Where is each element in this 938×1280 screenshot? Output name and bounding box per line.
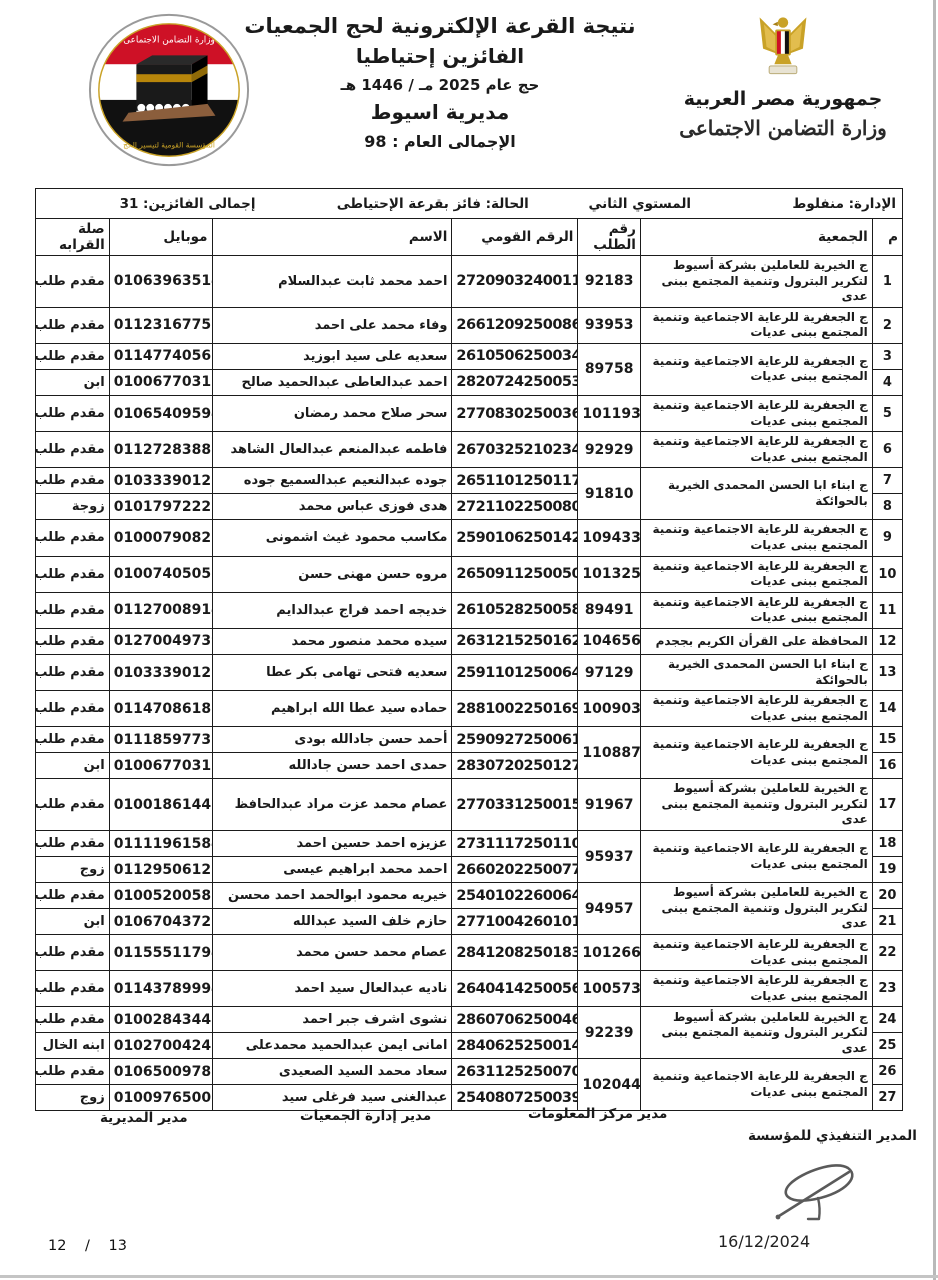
cell-national-id: 27710042601011: [452, 909, 578, 935]
cell-name: نشوى اشرف جبر احمد: [212, 1007, 452, 1033]
cell-association: ج الجعفرية للرعاية الاجتماعية وتنمية الم…: [640, 727, 872, 779]
cell-row-number: 15: [872, 727, 902, 753]
cell-mobile: 01270049739: [109, 628, 212, 654]
document-page: جمهورية مصر العربية وزارة التضامن الاجتم…: [0, 0, 938, 1280]
cell-national-id: 27311172501106: [452, 831, 578, 857]
cell-row-number: 8: [872, 494, 902, 520]
cell-name: حمدى احمد حسن جادالله: [212, 753, 452, 779]
cell-national-id: 25911012500642: [452, 654, 578, 690]
table-header-row: م الجمعية رقم الطلب الرقم القومي الاسم م…: [36, 219, 903, 256]
header-mobile: موبايل: [109, 219, 212, 256]
cell-national-id: 26312152501625: [452, 628, 578, 654]
table-row: 20ج الخيرية للعاملين بشركة أسيوط لتكرير …: [36, 883, 903, 909]
cell-relation: مقدم طلب: [36, 971, 110, 1007]
cell-national-id: 27209032400114: [452, 256, 578, 308]
cell-mobile: 01127283887: [109, 432, 212, 468]
cell-request-number: 92183: [578, 256, 641, 308]
cell-association: ج الجعفرية للرعاية الاجتماعية وتنمية الم…: [640, 520, 872, 556]
cell-request-number: 94957: [578, 883, 641, 935]
results-table-body: الإدارة: منفلوط المستوي الثاني الحالة: ف…: [36, 189, 903, 1111]
cell-relation: مقدم طلب: [36, 1007, 110, 1033]
cell-request-number: 100573: [578, 971, 641, 1007]
table-row: 15ج الجعفرية للرعاية الاجتماعية وتنمية ا…: [36, 727, 903, 753]
cell-mobile: 01000790825: [109, 520, 212, 556]
cell-request-number: 100903: [578, 691, 641, 727]
cell-row-number: 10: [872, 556, 902, 592]
cell-national-id: 28207242500538: [452, 369, 578, 395]
cell-relation: مقدم طلب: [36, 628, 110, 654]
signature-label-information-center-manager: مدير مركز المعلومات: [528, 1106, 667, 1122]
cell-relation: ابن: [36, 369, 110, 395]
info-bar-row: الإدارة: منفلوط المستوي الثاني الحالة: ف…: [36, 189, 903, 219]
document-title: نتيجة القرعة الإلكترونية لحج الجمعيات ال…: [240, 14, 640, 151]
cell-association: ج الجعفرية للرعاية الاجتماعية وتنمية الم…: [640, 395, 872, 431]
cell-mobile: 01143789994: [109, 971, 212, 1007]
cell-association: ج الجعفرية للرعاية الاجتماعية وتنمية الم…: [640, 971, 872, 1007]
cell-national-id: 26311252500701: [452, 1059, 578, 1085]
cell-association: المحافظة على القرأن الكريم بججدم: [640, 628, 872, 654]
cell-row-number: 17: [872, 779, 902, 831]
cell-mobile: 01027004242: [109, 1033, 212, 1059]
cell-association: ج الجعفرية للرعاية الاجتماعية وتنمية الم…: [640, 432, 872, 468]
cell-request-number: 109433: [578, 520, 641, 556]
cell-request-number: 95937: [578, 831, 641, 883]
cell-relation: مقدم طلب: [36, 256, 110, 308]
cell-mobile: 01033390121: [109, 468, 212, 494]
cell-name: سعديه على سيد ابوزيد: [212, 343, 452, 369]
cell-mobile: 01129506126: [109, 857, 212, 883]
cell-mobile: 01118597732: [109, 727, 212, 753]
cell-request-number: 92239: [578, 1007, 641, 1059]
cell-relation: مقدم طلب: [36, 691, 110, 727]
cell-mobile: 01009765006: [109, 1085, 212, 1111]
cell-relation: مقدم طلب: [36, 727, 110, 753]
cell-name: احمد عبدالعاطى عبدالحميد صالح: [212, 369, 452, 395]
results-table-wrapper: الإدارة: منفلوط المستوي الثاني الحالة: ف…: [35, 188, 903, 1111]
cell-name: وفاء محمد على احمد: [212, 307, 452, 343]
cell-national-id: 26602022500773: [452, 857, 578, 883]
cell-row-number: 2: [872, 307, 902, 343]
cell-name: مكاسب محمود غيث اشمونى: [212, 520, 452, 556]
cell-row-number: 13: [872, 654, 902, 690]
cell-association: ج الجعفرية للرعاية الاجتماعية وتنمية الم…: [640, 1059, 872, 1111]
cell-relation: مقدم طلب: [36, 520, 110, 556]
cell-row-number: 7: [872, 468, 902, 494]
cell-request-number: 89758: [578, 343, 641, 395]
cell-national-id: 28607062500465: [452, 1007, 578, 1033]
cell-national-id: 27211022500808: [452, 494, 578, 520]
executive-signature: [752, 1152, 862, 1236]
table-row: 22ج الجعفرية للرعاية الاجتماعية وتنمية ا…: [36, 935, 903, 971]
cell-relation: مقدم طلب: [36, 307, 110, 343]
cell-name: عصام محمد عزت مراد عبدالحافظ: [212, 779, 452, 831]
cell-request-number: 102044: [578, 1059, 641, 1111]
cell-name: حازم خلف السيد عبدالله: [212, 909, 452, 935]
cell-relation: زوج: [36, 857, 110, 883]
cell-national-id: 26509112500501: [452, 556, 578, 592]
cell-mobile: 01127008914: [109, 592, 212, 628]
cell-relation: مقدم طلب: [36, 432, 110, 468]
cell-relation: مقدم طلب: [36, 468, 110, 494]
signature-icon: [752, 1152, 862, 1232]
header-name: الاسم: [212, 219, 452, 256]
table-row: 26ج الجعفرية للرعاية الاجتماعية وتنمية ا…: [36, 1059, 903, 1085]
cell-relation: مقدم طلب: [36, 779, 110, 831]
header-relation: صلة القرابه: [36, 219, 110, 256]
title-line-3: حج عام 2025 مـ / 1446 هـ: [240, 76, 640, 94]
cell-mobile: 01065009782: [109, 1059, 212, 1085]
cell-name: احمد محمد ابراهيم عيسى: [212, 857, 452, 883]
header-request-no: رقم الطلب: [578, 219, 641, 256]
signature-label-executive-director: المدير التنفيذي للمؤسسة: [748, 1128, 917, 1144]
ministry-name-calligraphy: وزارة التضامن الاجتماعى: [668, 116, 898, 140]
cell-national-id: 25909272500617: [452, 727, 578, 753]
cell-national-id: 26105282500587: [452, 592, 578, 628]
cell-national-id: 28406252500148: [452, 1033, 578, 1059]
cell-request-number: 110887: [578, 727, 641, 779]
cell-request-number: 91967: [578, 779, 641, 831]
cell-row-number: 1: [872, 256, 902, 308]
cell-national-id: 27708302500368: [452, 395, 578, 431]
title-line-1: نتيجة القرعة الإلكترونية لحج الجمعيات: [240, 14, 640, 38]
cell-association: ج ابناء ابا الحسن المحمدى الخيرية بالحوا…: [640, 654, 872, 690]
cell-relation: مقدم طلب: [36, 395, 110, 431]
table-row: 2ج الجعفرية للرعاية الاجتماعية وتنمية ال…: [36, 307, 903, 343]
government-header: جمهورية مصر العربية وزارة التضامن الاجتم…: [668, 6, 898, 140]
cell-relation: مقدم طلب: [36, 831, 110, 857]
scan-edge-bottom: [0, 1275, 938, 1278]
cell-mobile: 01006770312: [109, 369, 212, 395]
table-row: 12المحافظة على القرأن الكريم بججدم104656…: [36, 628, 903, 654]
cell-national-id: 27703312500151: [452, 779, 578, 831]
table-row: 5ج الجعفرية للرعاية الاجتماعية وتنمية ال…: [36, 395, 903, 431]
cell-association: ج الجعفرية للرعاية الاجتماعية وتنمية الم…: [640, 831, 872, 883]
info-level: المستوي الثاني: [529, 196, 691, 212]
table-row: 14ج الجعفرية للرعاية الاجتماعية وتنمية ا…: [36, 691, 903, 727]
info-administration: الإدارة: منفلوط: [691, 196, 896, 212]
hajj-foundation-logo: وزارة التضامن الاجتماعى المؤسسة القومية …: [85, 12, 253, 172]
header-no: م: [872, 219, 902, 256]
cell-name: حماده سيد عطا الله ابراهيم: [212, 691, 452, 727]
cell-request-number: 89491: [578, 592, 641, 628]
cell-request-number: 97129: [578, 654, 641, 690]
cell-request-number: 101193: [578, 395, 641, 431]
info-bar: الإدارة: منفلوط المستوي الثاني الحالة: ف…: [42, 196, 896, 212]
cell-name: عصام محمد حسن محمد: [212, 935, 452, 971]
cell-name: سحر صلاح محمد رمضان: [212, 395, 452, 431]
cell-name: سعاد محمد السيد الصعيدى: [212, 1059, 452, 1085]
cell-row-number: 12: [872, 628, 902, 654]
cell-request-number: 91810: [578, 468, 641, 520]
cell-row-number: 20: [872, 883, 902, 909]
cell-name: خيريه محمود ابوالحمد احمد محسن: [212, 883, 452, 909]
cell-mobile: 01007405055: [109, 556, 212, 592]
document-date: 16/12/2024: [718, 1232, 810, 1251]
title-line-4: مديرية اسيوط: [240, 100, 640, 124]
cell-national-id: 28810022501698: [452, 691, 578, 727]
table-row: 9ج الجعفرية للرعاية الاجتماعية وتنمية ال…: [36, 520, 903, 556]
cell-name: هدى فوزى عباس محمد: [212, 494, 452, 520]
table-row: 10ج الجعفرية للرعاية الاجتماعية وتنمية ا…: [36, 556, 903, 592]
cell-row-number: 6: [872, 432, 902, 468]
cell-national-id: 26404142500568: [452, 971, 578, 1007]
info-total-winners: إجمالى الفائزين: 31: [42, 196, 256, 212]
cell-row-number: 22: [872, 935, 902, 971]
cell-association: ج الجعفرية للرعاية الاجتماعية وتنمية الم…: [640, 691, 872, 727]
cell-relation: مقدم طلب: [36, 654, 110, 690]
cell-national-id: 28412082501837: [452, 935, 578, 971]
cell-row-number: 5: [872, 395, 902, 431]
cell-mobile: 01017972228: [109, 494, 212, 520]
cell-association: ج الجعفرية للرعاية الاجتماعية وتنمية الم…: [640, 343, 872, 395]
title-line-5: الإجمالى العام : 98: [240, 132, 640, 151]
header-association: الجمعية: [640, 219, 872, 256]
cell-row-number: 4: [872, 369, 902, 395]
cell-mobile: 01147086188: [109, 691, 212, 727]
cell-national-id: 25401022600647: [452, 883, 578, 909]
logo-top-text: وزارة التضامن الاجتماعى: [123, 36, 215, 46]
table-row: 7ج ابناء ابا الحسن المحمدى الخيرية بالحو…: [36, 468, 903, 494]
cell-name: ناديه عبدالعال سيد احمد: [212, 971, 452, 1007]
cell-mobile: 01111961584: [109, 831, 212, 857]
cell-row-number: 25: [872, 1033, 902, 1059]
cell-name: أحمد حسن جادالله بودى: [212, 727, 452, 753]
cell-relation: مقدم طلب: [36, 883, 110, 909]
country-name: جمهورية مصر العربية: [668, 88, 898, 110]
cell-mobile: 01147740566: [109, 343, 212, 369]
cell-mobile: 01067043725: [109, 909, 212, 935]
title-line-2: الفائزين إحتياطيا: [240, 44, 640, 68]
cell-name: خديجه احمد فراج عبدالدايم: [212, 592, 452, 628]
table-row: 3ج الجعفرية للرعاية الاجتماعية وتنمية ال…: [36, 343, 903, 369]
cell-association: ج الجعفرية للرعاية الاجتماعية وتنمية الم…: [640, 307, 872, 343]
cell-name: فاطمه عبدالمنعم عبدالعال الشاهد: [212, 432, 452, 468]
signature-label-directorate-manager: مدير المديرية: [100, 1110, 188, 1126]
cell-association: ج الجعفرية للرعاية الاجتماعية وتنمية الم…: [640, 556, 872, 592]
cell-association: ج الخيرية للعاملين بشركة أسيوط لتكرير ال…: [640, 256, 872, 308]
cell-association: ج الخيرية للعاملين بشركة أسيوط لتكرير ال…: [640, 883, 872, 935]
cell-relation: مقدم طلب: [36, 935, 110, 971]
cell-national-id: 25901062501423: [452, 520, 578, 556]
cell-name: سعديه فتحى تهامى بكر عطا: [212, 654, 452, 690]
cell-mobile: 01005200582: [109, 883, 212, 909]
cell-relation: زوجة: [36, 494, 110, 520]
header-national-id: الرقم القومي: [452, 219, 578, 256]
table-row: 1ج الخيرية للعاملين بشركة أسيوط لتكرير ا…: [36, 256, 903, 308]
cell-association: ج ابناء ابا الحسن المحمدى الخيرية بالحوا…: [640, 468, 872, 520]
cell-national-id: 26511012501172: [452, 468, 578, 494]
egypt-eagle-emblem-icon: [668, 6, 898, 86]
table-row: 17ج الخيرية للعاملين بشركة أسيوط لتكرير …: [36, 779, 903, 831]
cell-row-number: 21: [872, 909, 902, 935]
kaaba-logo-icon: وزارة التضامن الاجتماعى المؤسسة القومية …: [85, 12, 253, 172]
cell-row-number: 24: [872, 1007, 902, 1033]
cell-association: ج الجعفرية للرعاية الاجتماعية وتنمية الم…: [640, 592, 872, 628]
cell-mobile: 01065409594: [109, 395, 212, 431]
cell-mobile: 01063963514: [109, 256, 212, 308]
cell-relation: مقدم طلب: [36, 556, 110, 592]
scan-edge-right: [933, 0, 936, 1280]
table-row: 11ج الجعفرية للرعاية الاجتماعية وتنمية ا…: [36, 592, 903, 628]
cell-national-id: 26612092500865: [452, 307, 578, 343]
cell-request-number: 101266: [578, 935, 641, 971]
cell-name: احمد محمد ثابت عبدالسلام: [212, 256, 452, 308]
cell-name: مروه حسن مهنى حسن: [212, 556, 452, 592]
cell-relation: زوج: [36, 1085, 110, 1111]
cell-association: ج الخيرية للعاملين بشركة أسيوط لتكرير ال…: [640, 1007, 872, 1059]
table-row: 6ج الجعفرية للرعاية الاجتماعية وتنمية ال…: [36, 432, 903, 468]
cell-relation: مقدم طلب: [36, 343, 110, 369]
cell-relation: ابن: [36, 753, 110, 779]
cell-mobile: 01123167753: [109, 307, 212, 343]
eagle-icon: [757, 6, 809, 86]
cell-name: جوده عبدالنعيم عبدالسميع جوده: [212, 468, 452, 494]
cell-row-number: 26: [872, 1059, 902, 1085]
cell-row-number: 27: [872, 1085, 902, 1111]
cell-relation: مقدم طلب: [36, 592, 110, 628]
logo-bottom-text: المؤسسة القومية لتيسير الحج: [123, 140, 215, 149]
cell-mobile: 01006770312: [109, 753, 212, 779]
cell-request-number: 92929: [578, 432, 641, 468]
table-row: 13ج ابناء ابا الحسن المحمدى الخيرية بالح…: [36, 654, 903, 690]
cell-association: ج الجعفرية للرعاية الاجتماعية وتنمية الم…: [640, 935, 872, 971]
cell-relation: ابن: [36, 909, 110, 935]
cell-row-number: 14: [872, 691, 902, 727]
page-indicator: 12 / 13: [48, 1238, 127, 1254]
cell-name: امانى ايمن عبدالحميد محمدعلى: [212, 1033, 452, 1059]
cell-mobile: 01002843445: [109, 1007, 212, 1033]
cell-relation: ابنه الخال: [36, 1033, 110, 1059]
cell-row-number: 3: [872, 343, 902, 369]
cell-row-number: 16: [872, 753, 902, 779]
cell-row-number: 18: [872, 831, 902, 857]
table-row: 18ج الجعفرية للرعاية الاجتماعية وتنمية ا…: [36, 831, 903, 857]
table-row: 23ج الجعفرية للرعاية الاجتماعية وتنمية ا…: [36, 971, 903, 1007]
cell-national-id: 26703252102344: [452, 432, 578, 468]
cell-name: سيده محمد منصور محمد: [212, 628, 452, 654]
cell-mobile: 01155511794: [109, 935, 212, 971]
cell-request-number: 104656: [578, 628, 641, 654]
cell-request-number: 101325: [578, 556, 641, 592]
cell-row-number: 9: [872, 520, 902, 556]
cell-national-id: 28307202501277: [452, 753, 578, 779]
table-row: 24ج الخيرية للعاملين بشركة أسيوط لتكرير …: [36, 1007, 903, 1033]
cell-row-number: 11: [872, 592, 902, 628]
cell-mobile: 01001861446: [109, 779, 212, 831]
cell-relation: مقدم طلب: [36, 1059, 110, 1085]
cell-row-number: 19: [872, 857, 902, 883]
cell-name: عزيزه احمد حسين احمد: [212, 831, 452, 857]
cell-request-number: 93953: [578, 307, 641, 343]
cell-mobile: 01033390121: [109, 654, 212, 690]
signature-label-associations-manager: مدير إدارة الجمعيات: [300, 1108, 431, 1124]
cell-row-number: 23: [872, 971, 902, 1007]
cell-national-id: 26105062500349: [452, 343, 578, 369]
info-status: الحالة: فائز بقرعة الإحتياطى: [256, 196, 529, 212]
results-table: الإدارة: منفلوط المستوي الثاني الحالة: ف…: [35, 188, 903, 1111]
cell-association: ج الخيرية للعاملين بشركة أسيوط لتكرير ال…: [640, 779, 872, 831]
